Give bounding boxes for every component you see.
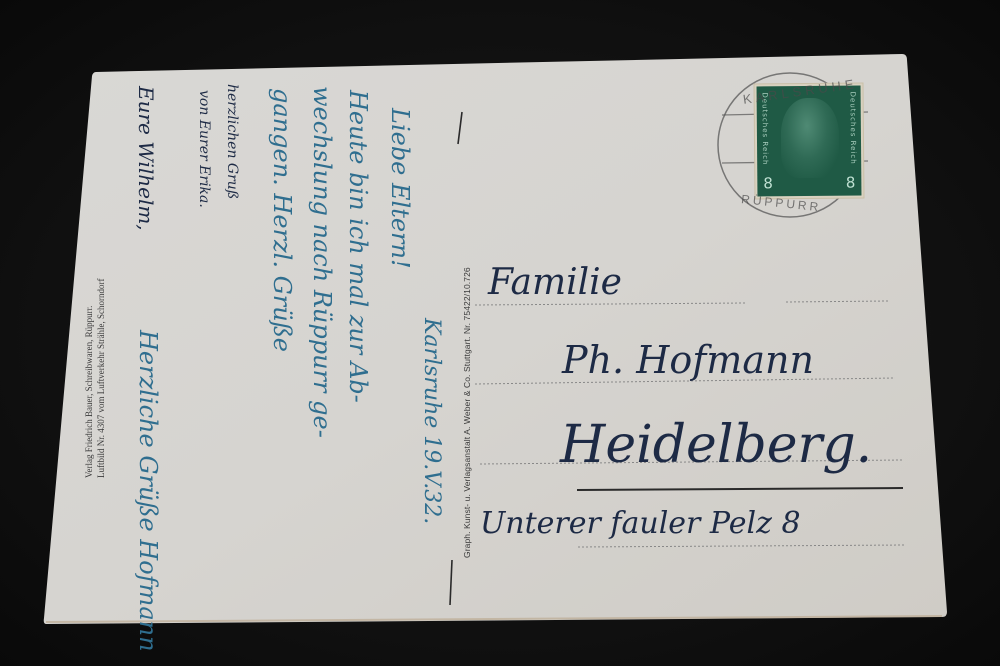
stamp-country-right: Deutsches Reich [849, 92, 858, 165]
address-line-4: Unterer fauler Pelz 8 [480, 506, 801, 541]
address-line-1: Familie [488, 262, 622, 303]
publisher-line-1: Verlag Friedrich Bauer, Schreibwaren, Rü… [84, 306, 94, 478]
stamp-value-left: 8 [763, 174, 773, 192]
message-line-5: herzlichen Gruß [224, 84, 240, 199]
address-line-2: Ph. Hofmann [562, 338, 814, 382]
publisher-line-2: Luftbild Nr. 4307 vom Luftverkehr Strähl… [96, 279, 106, 478]
printer-imprint: Graph. Kunst- u. Verlagsanstalt A. Weber… [462, 267, 472, 558]
message-line-2: wechslung nach Rüppurr ge- [308, 86, 336, 438]
message-greeting: Liebe Eltern! [386, 108, 414, 269]
address-line-3: Heidelberg. [560, 415, 872, 475]
stamp-portrait [781, 98, 840, 179]
message-date: Karlsruhe 19.V.32. [419, 318, 444, 524]
postcard: Deutsches Reich Deutsches Reich 8 8 KARL… [0, 0, 1000, 666]
message-line-3: gangen. Herzl. Grüße [268, 88, 296, 352]
stamp-value-right: 8 [846, 174, 856, 192]
message-line-6: von Eurer Erika. [196, 90, 212, 208]
message-line-4: Eure Wilhelm, [134, 86, 158, 231]
message-signature: Herzliche Grüße Hofmann [134, 330, 162, 652]
message-line-1: Heute bin ich mal zur Ab- [344, 90, 372, 403]
